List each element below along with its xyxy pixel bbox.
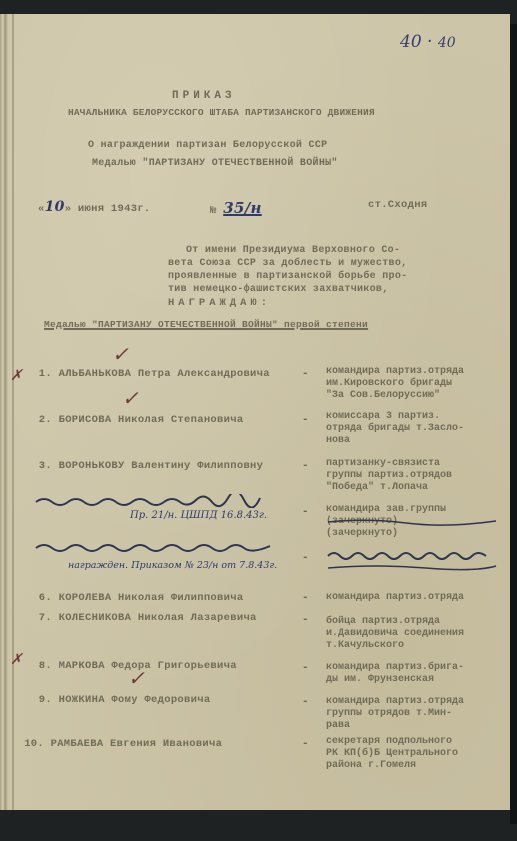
entry-7-name: 7. КОЛЕСНИКОВА Николая Лазаревича — [30, 612, 257, 624]
date-month-year: июня 1943г. — [78, 203, 151, 215]
document-title: ПРИКАЗ — [172, 90, 236, 102]
entry-10-name: 10. РАМБАЕВА Евгения Ивановича — [22, 738, 222, 750]
entry-dash: - — [302, 552, 309, 564]
binding-line — [12, 14, 14, 810]
preamble-line-4: тив немецко-фашистских захватчиков, — [168, 284, 389, 295]
entry-7-desc: бойца партиз.отряда и.Давидовича соедине… — [326, 616, 464, 652]
check-mark-icon: ✓ — [122, 386, 139, 410]
margin-mark-icon: ✗ — [10, 650, 23, 668]
binding-edge — [0, 14, 8, 810]
strikethrough-scribble — [34, 494, 264, 508]
entry-dash: - — [302, 614, 309, 626]
entry-3-name: 3. ВОРОНЬКОВУ Валентину Филипповну — [30, 460, 263, 472]
order-number-value: 35/н — [223, 199, 262, 217]
entry-2-name: 2. БОРИСОВА Николая Степановича — [30, 414, 243, 426]
check-mark-icon: ✓ — [112, 342, 129, 366]
entry-dash: - — [302, 738, 309, 750]
check-mark-icon: ✓ — [128, 666, 145, 690]
entry-dash: - — [302, 592, 309, 604]
page-shadow — [510, 24, 517, 824]
date-line: «10» июня 1943г. — [38, 199, 151, 215]
entry-2-desc: комиссара 3 партиз. отряда бригады т.Зас… — [326, 411, 464, 447]
date-day: 10 — [45, 199, 65, 215]
entry-dash: - — [302, 506, 309, 518]
document-subtitle: НАЧАЛЬНИКА БЕЛОРУССКОГО ШТАБА ПАРТИЗАНСК… — [68, 107, 375, 118]
entry-8-desc: командира партиз.брига- ды им. Фрунзенск… — [326, 662, 464, 686]
strikethrough-line — [326, 516, 501, 528]
page-number-handwritten: 40 · 40 — [400, 32, 456, 52]
entry-6-name: 6. КОРОЛЕВА Николая Филипповича — [30, 592, 243, 604]
order-number: № 35/н — [210, 199, 262, 217]
entry-1-name: 1. АЛЬБАНЬКОВА Петра Александровича — [30, 368, 270, 380]
preamble-line-1: От имени Президиума Верховного Со- — [186, 245, 400, 256]
entry-3-desc: партизанку-связиста группы партиз.отрядо… — [326, 458, 452, 494]
entry-5-annotation: награжден. Приказом № 23/н от 7.8.43г. — [68, 560, 277, 571]
decree-word: НАГРАЖДАЮ: — [168, 297, 271, 309]
entry-10-desc: секретаря подпольного РК КП(б)Б Централь… — [326, 736, 458, 772]
entry-dash: - — [302, 696, 309, 708]
entry-9-name: 9. НОЖКИНА Фому Федоровича — [30, 694, 210, 706]
medal-heading: Медалью "ПАРТИЗАНУ ОТЕЧЕСТВЕННОЙ ВОЙНЫ" … — [44, 319, 368, 330]
entry-1-desc: командира партиз.отряда им.Кировского бр… — [326, 366, 464, 402]
entry-6-desc: командира партиз.отряда — [326, 592, 464, 604]
preamble-line-2: вета Союза ССР за доблесть и мужество, — [168, 258, 407, 269]
entry-dash: - — [302, 368, 309, 380]
entry-9-desc: командира партиз.отряда группы отрядов т… — [326, 696, 464, 732]
strikethrough-scribble — [34, 540, 274, 554]
document-page: 40 · 40 ПРИКАЗ НАЧАЛЬНИКА БЕЛОРУССКОГО Ш… — [0, 14, 510, 810]
subject-line-1: О награждении партизан Белорусской ССР — [88, 140, 327, 151]
entry-dash: - — [302, 662, 309, 674]
place-of-issue: ст.Сходня — [368, 199, 427, 211]
entry-4-annotation: Пр. 21/н. ЦШПД 16.8.43г. — [130, 510, 267, 521]
entry-dash: - — [302, 460, 309, 472]
subject-line-2: Медалью "ПАРТИЗАНУ ОТЕЧЕСТВЕННОЙ ВОЙНЫ" — [92, 158, 338, 169]
preamble-line-3: проявленные в партизанской борьбе про- — [168, 271, 407, 282]
entry-dash: - — [302, 414, 309, 426]
strikethrough-scribble — [326, 548, 501, 576]
margin-mark-icon: ✗ — [10, 366, 23, 384]
